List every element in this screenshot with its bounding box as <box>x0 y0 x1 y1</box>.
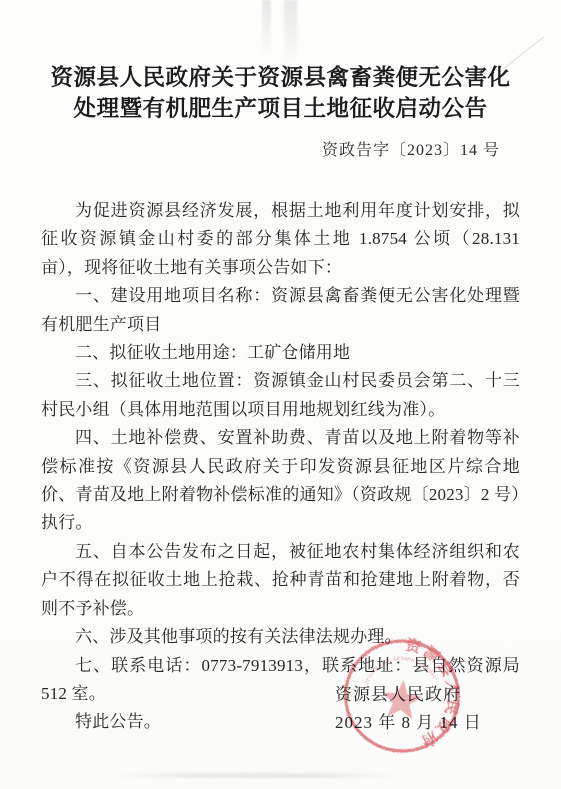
item-land-use: 二、拟征收土地用途：工矿仓储用地 <box>41 339 520 367</box>
issue-date: 2023 年 8 月 14 日 <box>335 709 482 737</box>
government-notice-document: 资源县人民政府关于资源县禽畜粪便无公害化 处理暨有机肥生产项目土地征收启动公告 … <box>0 0 561 789</box>
item-other-matters: 六、涉及其他事项的按有关法律法规办理。 <box>41 623 520 651</box>
signature-block: 资源县人民政府 2023 年 8 月 14 日 <box>335 681 482 737</box>
issuer-name: 资源县人民政府 <box>335 681 482 709</box>
notice-title-line-2: 处理暨有机肥生产项目土地征收启动公告 <box>18 93 543 124</box>
item-no-rush-planting: 五、自本公告发布之日起，被征地农村集体经济组织和农户不得在拟征收土地上抢栽、抢种… <box>41 538 520 623</box>
item-compensation-standard: 四、土地补偿费、安置补助费、青苗以及地上附着物等补偿标准按《资源县人民政府关于印… <box>41 424 520 538</box>
scan-artifact-streak <box>284 0 297 66</box>
scan-artifact-smudge <box>110 773 400 778</box>
scan-artifact-streak <box>262 0 271 56</box>
intro-paragraph: 为促进资源县经济发展，根据土地利用年度计划安排，拟征收资源镇金山村委的部分集体土… <box>41 197 520 282</box>
item-project-name: 一、建设用地项目名称：资源县禽畜粪便无公害化处理暨有机肥生产项目 <box>41 282 520 339</box>
notice-title: 资源县人民政府关于资源县禽畜粪便无公害化 处理暨有机肥生产项目土地征收启动公告 <box>18 62 543 124</box>
notice-title-line-1: 资源县人民政府关于资源县禽畜粪便无公害化 <box>18 62 543 93</box>
item-land-location: 三、拟征收土地位置：资源镇金山村民委员会第二、十三村民小组（具体用地范围以项目用… <box>41 367 520 424</box>
document-number: 资政告字〔2023〕14 号 <box>0 137 500 160</box>
notice-body: 为促进资源县经济发展，根据土地利用年度计划安排，拟征收资源镇金山村委的部分集体土… <box>41 197 520 737</box>
